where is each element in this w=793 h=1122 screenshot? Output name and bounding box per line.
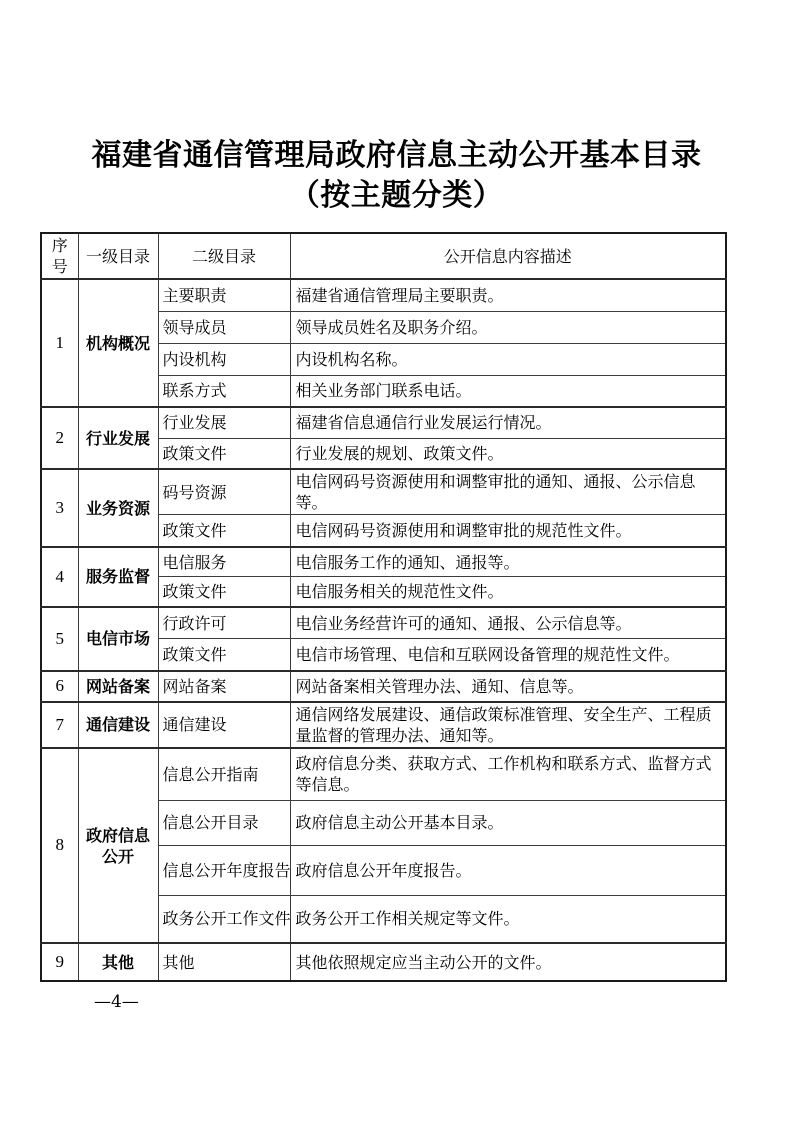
description-cell: 相关业务部门联系电话。 <box>290 375 726 407</box>
description-cell: 行业发展的规划、政策文件。 <box>290 438 726 469</box>
document-title: 福建省通信管理局政府信息主动公开基本目录 （按主题分类） <box>0 0 793 216</box>
catalog-table: 序号 一级目录 二级目录 公开信息内容描述 1 机构概况 主要职责 福建省通信管… <box>40 232 727 982</box>
category-cell: 政府信息公开 <box>78 748 158 943</box>
subcategory-cell: 联系方式 <box>158 375 290 407</box>
row-number-cell: 3 <box>41 469 78 547</box>
column-header-level1: 一级目录 <box>78 233 158 279</box>
subcategory-cell: 政策文件 <box>158 577 290 607</box>
row-number-cell: 8 <box>41 748 78 943</box>
description-cell: 福建省通信管理局主要职责。 <box>290 279 726 311</box>
description-cell: 政府信息公开年度报告。 <box>290 845 726 895</box>
description-cell: 通信网络发展建设、通信政策标准管理、安全生产、工程质量监督的管理办法、通知等。 <box>290 702 726 748</box>
subcategory-cell: 码号资源 <box>158 469 290 515</box>
description-cell: 电信业务经营许可的通知、通报、公示信息等。 <box>290 607 726 639</box>
description-cell: 政务公开工作相关规定等文件。 <box>290 895 726 943</box>
description-cell: 网站备案相关管理办法、通知、信息等。 <box>290 671 726 702</box>
row-number-cell: 5 <box>41 607 78 671</box>
description-cell: 其他依照规定应当主动公开的文件。 <box>290 943 726 981</box>
row-number-cell: 1 <box>41 279 78 407</box>
category-cell: 行业发展 <box>78 407 158 469</box>
subcategory-cell: 通信建设 <box>158 702 290 748</box>
document-title-line2: （按主题分类） <box>0 176 793 216</box>
description-cell: 领导成员姓名及职务介绍。 <box>290 311 726 343</box>
subcategory-cell: 主要职责 <box>158 279 290 311</box>
description-cell: 政府信息分类、获取方式、工作机构和联系方式、监督方式等信息。 <box>290 748 726 800</box>
column-header-number: 序号 <box>41 233 78 279</box>
description-cell: 电信市场管理、电信和互联网设备管理的规范性文件。 <box>290 639 726 671</box>
subcategory-cell: 信息公开年度报告 <box>158 845 290 895</box>
table-row: 5 电信市场 行政许可 电信业务经营许可的通知、通报、公示信息等。 <box>41 607 726 639</box>
column-header-level2: 二级目录 <box>158 233 290 279</box>
subcategory-cell: 网站备案 <box>158 671 290 702</box>
table-row: 3 业务资源 码号资源 电信网码号资源使用和调整审批的通知、通报、公示信息等。 <box>41 469 726 515</box>
document-title-line1: 福建省通信管理局政府信息主动公开基本目录 <box>0 136 793 176</box>
category-cell: 其他 <box>78 943 158 981</box>
table-row: 6 网站备案 网站备案 网站备案相关管理办法、通知、信息等。 <box>41 671 726 702</box>
page-number: —4— <box>94 992 139 1012</box>
category-cell: 业务资源 <box>78 469 158 547</box>
description-cell: 内设机构名称。 <box>290 343 726 375</box>
subcategory-cell: 内设机构 <box>158 343 290 375</box>
category-cell: 机构概况 <box>78 279 158 407</box>
row-number-cell: 6 <box>41 671 78 702</box>
row-number-cell: 4 <box>41 547 78 607</box>
subcategory-cell: 政策文件 <box>158 515 290 547</box>
subcategory-cell: 信息公开目录 <box>158 800 290 845</box>
subcategory-cell: 行政许可 <box>158 607 290 639</box>
column-header-description: 公开信息内容描述 <box>290 233 726 279</box>
subcategory-cell: 其他 <box>158 943 290 981</box>
subcategory-cell: 行业发展 <box>158 407 290 438</box>
subcategory-cell: 领导成员 <box>158 311 290 343</box>
category-cell: 通信建设 <box>78 702 158 748</box>
category-cell: 电信市场 <box>78 607 158 671</box>
description-cell: 政府信息主动公开基本目录。 <box>290 800 726 845</box>
subcategory-cell: 政务公开工作文件 <box>158 895 290 943</box>
subcategory-cell: 政策文件 <box>158 438 290 469</box>
row-number-cell: 2 <box>41 407 78 469</box>
description-cell: 电信网码号资源使用和调整审批的通知、通报、公示信息等。 <box>290 469 726 515</box>
category-cell: 网站备案 <box>78 671 158 702</box>
subcategory-cell: 信息公开指南 <box>158 748 290 800</box>
row-number-cell: 7 <box>41 702 78 748</box>
table-row: 4 服务监督 电信服务 电信服务工作的通知、通报等。 <box>41 547 726 577</box>
description-cell: 电信服务工作的通知、通报等。 <box>290 547 726 577</box>
table-row: 9 其他 其他 其他依照规定应当主动公开的文件。 <box>41 943 726 981</box>
description-cell: 福建省信息通信行业发展运行情况。 <box>290 407 726 438</box>
table-header-row: 序号 一级目录 二级目录 公开信息内容描述 <box>41 233 726 279</box>
subcategory-cell: 电信服务 <box>158 547 290 577</box>
row-number-cell: 9 <box>41 943 78 981</box>
table-row: 8 政府信息公开 信息公开指南 政府信息分类、获取方式、工作机构和联系方式、监督… <box>41 748 726 800</box>
document-page: { "doc": { "title_line1": "福建省通信管理局政府信息主… <box>0 0 793 1122</box>
table-row: 2 行业发展 行业发展 福建省信息通信行业发展运行情况。 <box>41 407 726 438</box>
subcategory-cell: 政策文件 <box>158 639 290 671</box>
category-cell: 服务监督 <box>78 547 158 607</box>
description-cell: 电信网码号资源使用和调整审批的规范性文件。 <box>290 515 726 547</box>
table-row: 1 机构概况 主要职责 福建省通信管理局主要职责。 <box>41 279 726 311</box>
table-row: 7 通信建设 通信建设 通信网络发展建设、通信政策标准管理、安全生产、工程质量监… <box>41 702 726 748</box>
description-cell: 电信服务相关的规范性文件。 <box>290 577 726 607</box>
